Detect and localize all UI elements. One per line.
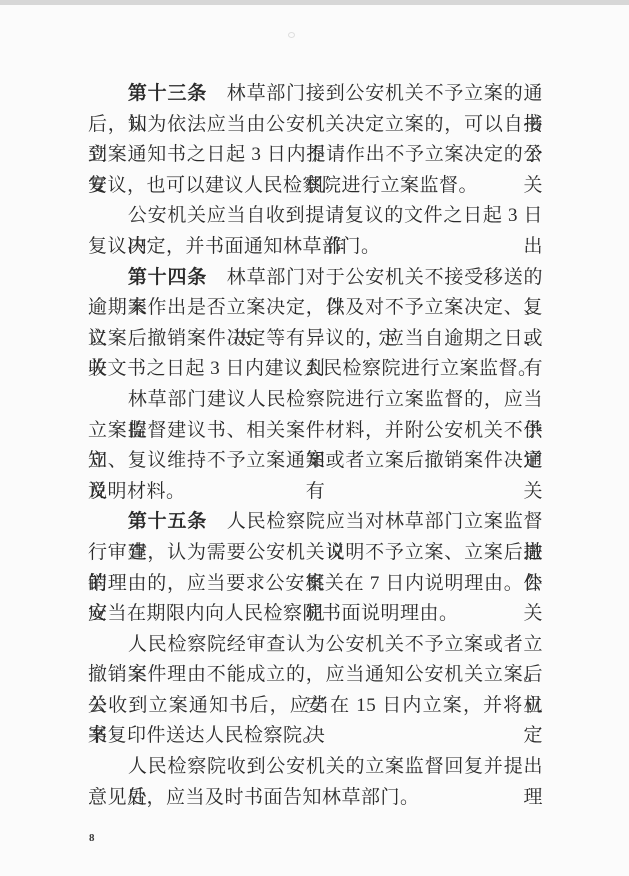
text-line: 林草部门建议人民检察院进行立案监督的，应当提供 <box>88 385 543 416</box>
text-line: 逾期未作出是否立案决定，以及对不予立案决定、复议决定、 <box>88 293 543 324</box>
article-heading: 第十五条 <box>128 511 207 532</box>
text-line: 复议，也可以建议人民检察院进行立案监督。 <box>88 171 543 202</box>
article-heading: 第十四条 <box>128 267 207 288</box>
text-line: 知、复议维持不予立案通知或者立案后撤销案件决定及有关 <box>88 446 543 477</box>
text-run: 应当在期限内向人民检察院书面说明理由。 <box>88 603 459 624</box>
scanned-document-page: 第十三条 林草部门接到公安机关不予立案的通知书后，认为依法应当由公安机关决定立案… <box>0 0 629 876</box>
document-body: 第十三条 林草部门接到公安机关不予立案的通知书后，认为依法应当由公安机关决定立案… <box>88 79 543 813</box>
text-line: 后，认为依法应当由公安机关决定立案的，可以自接到不予 <box>88 110 543 141</box>
text-line: 撤销案件理由不能成立的，应当通知公安机关立案。公安机 <box>88 660 543 691</box>
page-number: 8 <box>89 832 95 844</box>
text-line: 人民检察院经审查认为公安机关不予立案或者立案后 <box>88 630 543 661</box>
scan-artifact-dot <box>288 32 295 38</box>
text-line: 行审查，认为需要公安机关说明不予立案、立案后撤销案件 <box>88 538 543 569</box>
text-line: 第十四条 林草部门对于公安机关不接受移送的案件、 <box>88 263 543 294</box>
scan-edge-bar <box>0 0 629 5</box>
text-run: 复议，也可以建议人民检察院进行立案监督。 <box>88 175 478 196</box>
text-line: 第十五条 人民检察院应当对林草部门立案监督建议进 <box>88 507 543 538</box>
text-run: 说明材料。 <box>88 481 186 502</box>
text-line: 公安机关应当自收到提请复议的文件之日起 3 日内作出 <box>88 201 543 232</box>
text-run: 书复印件送达人民检察院。 <box>88 725 322 746</box>
article-heading: 第十三条 <box>128 83 207 104</box>
text-line: 的理由的，应当要求公安机关在 7 日内说明理由。公安机关 <box>88 569 543 600</box>
text-line: 关文书之日起 3 日内建议人民检察院进行立案监督。 <box>88 354 543 385</box>
text-line: 第十三条 林草部门接到公安机关不予立案的通知书 <box>88 79 543 110</box>
text-line: 立案监督建议书、相关案件材料，并附公安机关不予立案通 <box>88 416 543 447</box>
text-run: 意见后，应当及时书面告知林草部门。 <box>88 787 420 808</box>
text-line: 人民检察院收到公安机关的立案监督回复并提出处理 <box>88 752 543 783</box>
text-run: 复议决定，并书面通知林草部门。 <box>88 236 381 257</box>
text-line: 立案通知书之日起 3 日内提请作出不予立案决定的公安机关 <box>88 140 543 171</box>
text-line: 关收到立案通知书后，应当在 15 日内立案，并将立案决定 <box>88 691 543 722</box>
text-line: 立案后撤销案件决定等有异议的，应当自逾期之日或收到有 <box>88 324 543 355</box>
text-run: 关文书之日起 3 日内建议人民检察院进行立案监督。 <box>88 358 538 379</box>
